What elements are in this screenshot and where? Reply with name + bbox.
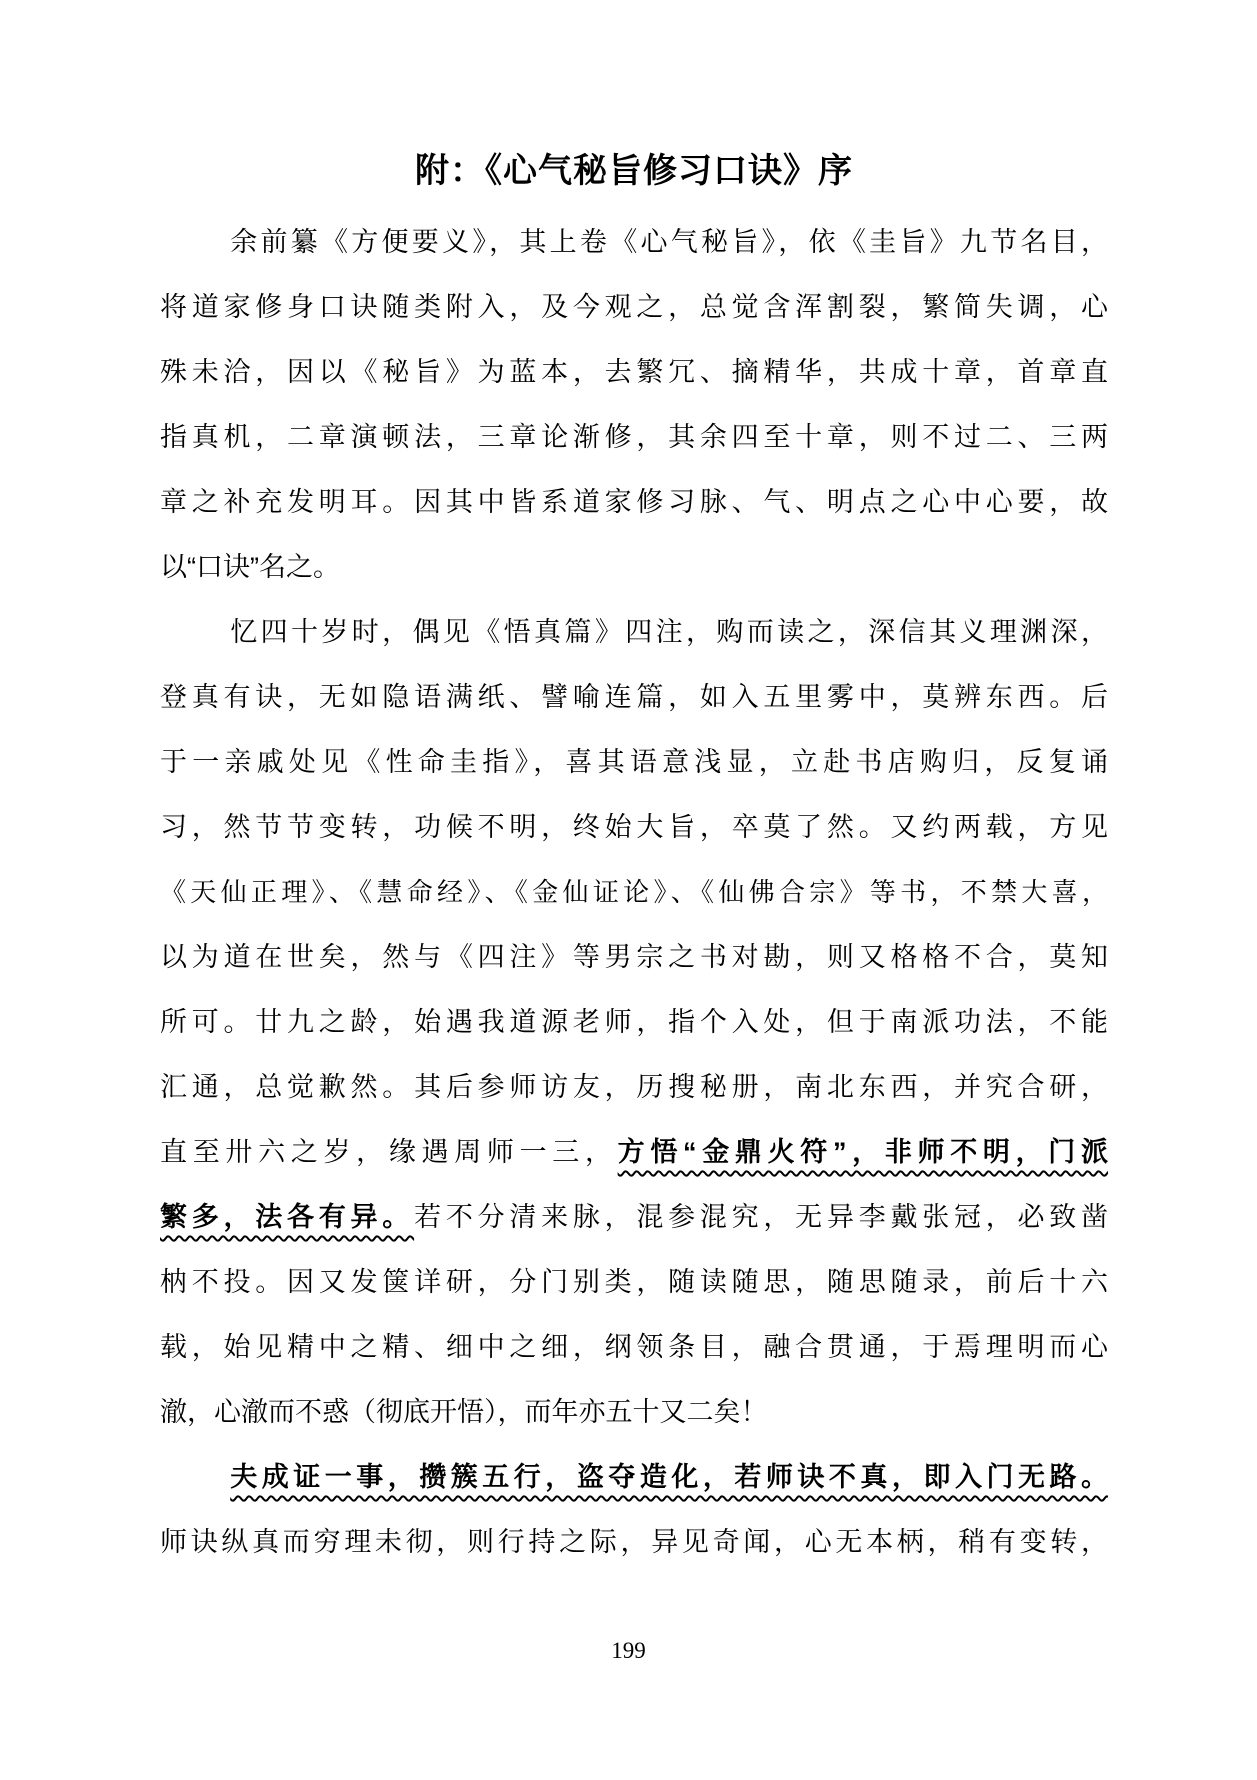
text-run: 以为道在世矣，然与《四注》等男宗之书对勘，则又格格不合，莫知 [160,942,1108,972]
text-line: 指真机，二章演顿法，三章论渐修，其余四至十章，则不过二、三两 [160,405,1108,470]
emphasized-text: 方悟“金鼎火符”，非师不明，门派 [618,1137,1108,1167]
body-text: 余前纂《方便要义》，其上卷《心气秘旨》，依《圭旨》九节名目，将道家修身口诀随类附… [160,210,1108,1575]
text-line: 枘不投。因又发箧详研，分门别类，随读随思，随思随录，前后十六 [160,1250,1108,1315]
text-run: 章之补充发明耳。因其中皆系道家修习脉、气、明点之心中心要，故 [160,487,1108,517]
text-run: 枘不投。因又发箧详研，分门别类，随读随思，随思随录，前后十六 [160,1267,1108,1297]
text-line: 忆四十岁时，偶见《悟真篇》四注，购而读之，深信其义理渊深， [160,600,1108,665]
document-page: 附：《心气秘旨修习口诀》序 余前纂《方便要义》，其上卷《心气秘旨》，依《圭旨》九… [0,0,1257,1780]
text-line: 所可。廿九之龄，始遇我道源老师，指个入处，但于南派功法，不能 [160,990,1108,1055]
page-number: 199 [0,1638,1257,1664]
text-run: 于一亲戚处见《性命圭指》，喜其语意浅显，立赴书店购归，反复诵 [160,747,1108,777]
text-line: 以“口诀”名之。 [160,535,1108,600]
text-line: 习，然节节变转，功候不明，终始大旨，卒莫了然。又约两载，方见 [160,795,1108,860]
text-line: 以为道在世矣，然与《四注》等男宗之书对勘，则又格格不合，莫知 [160,925,1108,990]
text-run: 《天仙正理》、《慧命经》、《金仙证论》、《仙佛合宗》等书，不禁大喜， [160,877,1108,907]
text-line: 师诀纵真而穷理未彻，则行持之际，异见奇闻，心无本柄，稍有变转， [160,1510,1108,1575]
text-run: 登真有诀，无如隐语满纸、譬喻连篇，如入五里雾中，莫辨东西。后 [160,682,1108,712]
text-line: 于一亲戚处见《性命圭指》，喜其语意浅显，立赴书店购归，反复诵 [160,730,1108,795]
text-line: 余前纂《方便要义》，其上卷《心气秘旨》，依《圭旨》九节名目， [160,210,1108,275]
text-line: 将道家修身口诀随类附入，及今观之，总觉含浑割裂，繁简失调，心 [160,275,1108,340]
text-line: 殊未洽，因以《秘旨》为蓝本，去繁冗、摘精华，共成十章，首章直 [160,340,1108,405]
text-run: 指真机，二章演顿法，三章论渐修，其余四至十章，则不过二、三两 [160,422,1108,452]
text-run: 殊未洽，因以《秘旨》为蓝本，去繁冗、摘精华，共成十章，首章直 [160,357,1108,387]
text-run: 直至卅六之岁，缘遇周师一三， [160,1137,618,1167]
page-title: 附：《心气秘旨修习口诀》序 [160,140,1108,202]
text-line: 夫成证一事，攒簇五行，盗夺造化，若师诀不真，即入门无路。 [160,1445,1108,1510]
text-run: 以“口诀”名之。 [160,552,340,582]
emphasized-text: 夫成证一事，攒簇五行，盗夺造化，若师诀不真，即入门无路。 [230,1462,1108,1492]
text-line: 章之补充发明耳。因其中皆系道家修习脉、气、明点之心中心要，故 [160,470,1108,535]
text-run: 余前纂《方便要义》，其上卷《心气秘旨》，依《圭旨》九节名目， [230,227,1108,257]
text-run: 忆四十岁时，偶见《悟真篇》四注，购而读之，深信其义理渊深， [230,617,1108,647]
text-run: 所可。廿九之龄，始遇我道源老师，指个入处，但于南派功法，不能 [160,1007,1108,1037]
text-line: 繁多，法各有异。若不分清来脉，混参混究，无异李戴张冠，必致凿 [160,1185,1108,1250]
text-line: 汇通，总觉歉然。其后参师访友，历搜秘册，南北东西，并究合研， [160,1055,1108,1120]
text-line: 直至卅六之岁，缘遇周师一三，方悟“金鼎火符”，非师不明，门派 [160,1120,1108,1185]
document-content: 附：《心气秘旨修习口诀》序 余前纂《方便要义》，其上卷《心气秘旨》，依《圭旨》九… [160,140,1108,1575]
text-line: 澈，心澈而不惑（彻底开悟），而年亦五十又二矣！ [160,1380,1108,1445]
text-run: 师诀纵真而穷理未彻，则行持之际，异见奇闻，心无本柄，稍有变转， [160,1527,1108,1557]
text-line: 《天仙正理》、《慧命经》、《金仙证论》、《仙佛合宗》等书，不禁大喜， [160,860,1108,925]
text-run: 汇通，总觉歉然。其后参师访友，历搜秘册，南北东西，并究合研， [160,1072,1108,1102]
text-line: 登真有诀，无如隐语满纸、譬喻连篇，如入五里雾中，莫辨东西。后 [160,665,1108,730]
text-line: 载，始见精中之精、细中之细，纲领条目，融合贯通，于焉理明而心 [160,1315,1108,1380]
emphasized-text: 繁多，法各有异。 [160,1202,414,1232]
text-run: 澈，心澈而不惑（彻底开悟），而年亦五十又二矣！ [160,1397,768,1427]
text-run: 若不分清来脉，混参混究，无异李戴张冠，必致凿 [414,1202,1108,1232]
text-run: 习，然节节变转，功候不明，终始大旨，卒莫了然。又约两载，方见 [160,812,1108,842]
text-run: 载，始见精中之精、细中之细，纲领条目，融合贯通，于焉理明而心 [160,1332,1108,1362]
text-run: 将道家修身口诀随类附入，及今观之，总觉含浑割裂，繁简失调，心 [160,292,1108,322]
